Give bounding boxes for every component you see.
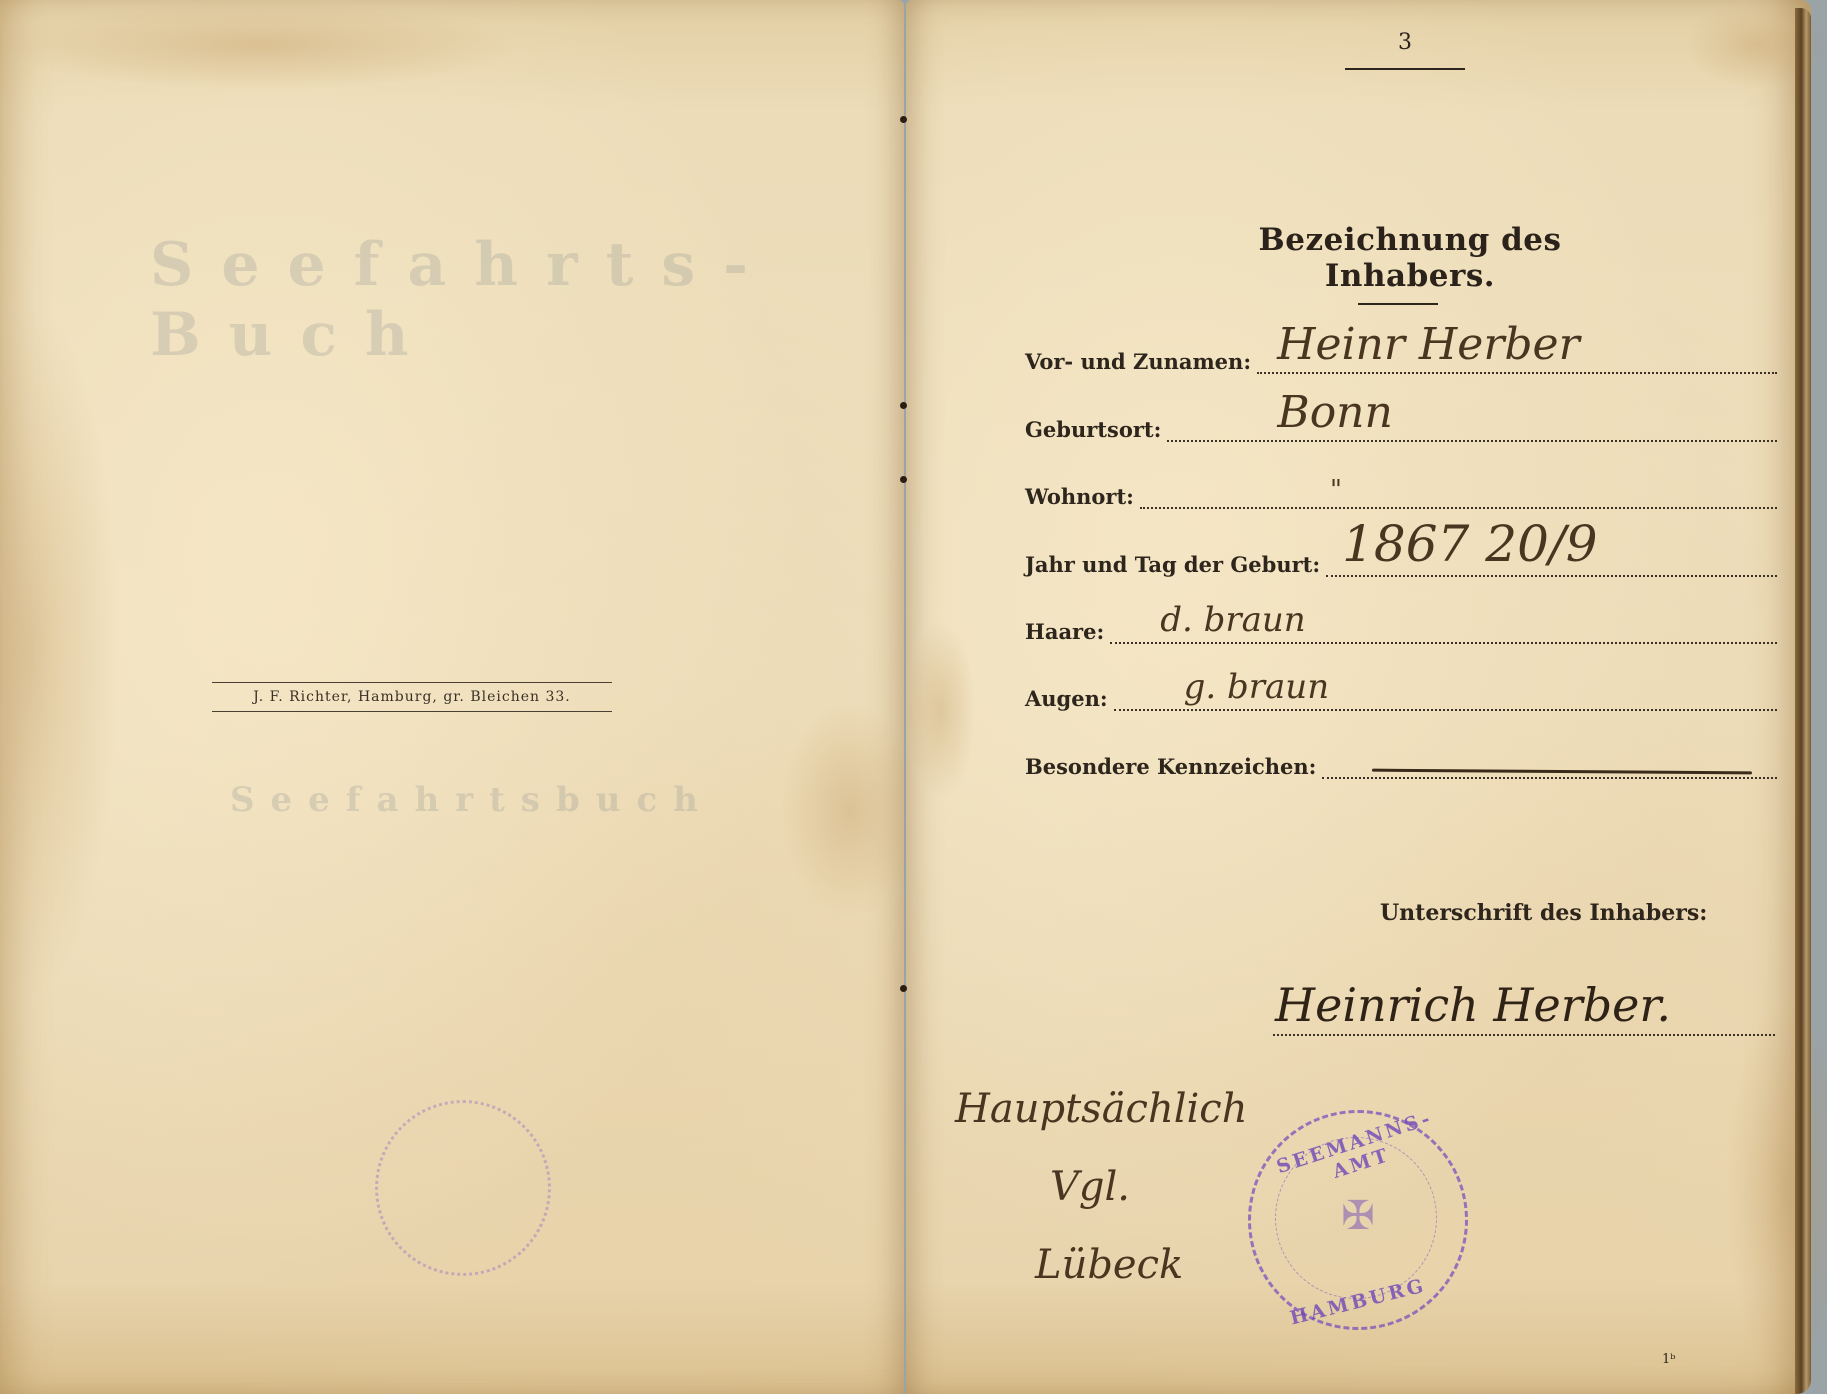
binding-stitch — [900, 402, 907, 409]
handwritten-value: d. braun — [1160, 600, 1305, 640]
field-label: Jahr und Tag der Geburt: — [1025, 552, 1326, 577]
field-value-line — [1322, 747, 1777, 779]
handwritten-value: Heinr Herber — [1277, 319, 1580, 370]
field-label: Wohnort: — [1025, 484, 1140, 509]
note-line: Lübeck — [955, 1226, 1275, 1304]
water-stain — [0, 0, 520, 90]
official-stamp: SEEMANNS-AMT ✠ HAMBURG — [1248, 1110, 1468, 1330]
handwritten-dash — [1372, 769, 1752, 775]
field-birthplace: Geburtsort: Bonn — [1025, 402, 1777, 442]
handwritten-value: " — [1330, 475, 1342, 505]
field-residence: Wohnort: " — [1025, 469, 1777, 509]
holder-signature: Heinrich Herber. — [1275, 978, 1671, 1032]
booklet-spread: Seefahrts-Buch Seefahrtsbuch J. F. Richt… — [0, 0, 1827, 1394]
handwritten-value: 1867 20/9 — [1342, 515, 1597, 573]
note-line: Vgl. — [955, 1148, 1275, 1226]
stamp-emblem-icon: ✠ — [1251, 1193, 1465, 1239]
binding-stitch — [900, 116, 907, 123]
field-label: Geburtsort: — [1025, 417, 1167, 442]
field-value-line: Heinr Herber — [1257, 342, 1777, 374]
field-value-line: g. braun — [1114, 679, 1777, 711]
field-name: Vor- und Zunamen: Heinr Herber — [1025, 334, 1777, 374]
printer-imprint: J. F. Richter, Hamburg, gr. Bleichen 33. — [212, 682, 612, 712]
field-distinguishing-marks: Besondere Kennzeichen: — [1025, 739, 1777, 779]
signature-line: Heinrich Herber. — [1273, 1000, 1775, 1036]
field-eyes: Augen: g. braun — [1025, 671, 1777, 711]
header-rule — [1345, 68, 1465, 70]
bleed-through-text: Seefahrts-Buch — [150, 230, 904, 370]
field-label: Vor- und Zunamen: — [1025, 349, 1257, 374]
field-value-line: d. braun — [1110, 612, 1777, 644]
page-edge — [1795, 8, 1811, 1394]
field-label: Augen: — [1025, 686, 1114, 711]
bleed-through-text: Seefahrtsbuch — [230, 780, 714, 820]
binding-stitch — [900, 476, 907, 483]
field-label: Besondere Kennzeichen: — [1025, 754, 1322, 779]
signature-mark: 1ᵇ — [1662, 1352, 1675, 1367]
field-hair: Haare: d. braun — [1025, 604, 1777, 644]
signature-label: Unterschrift des Inhabers: — [1380, 900, 1707, 926]
handwritten-value: g. braun — [1184, 667, 1329, 707]
binding-stitch — [900, 985, 907, 992]
water-stain — [0, 300, 120, 1000]
handwritten-note: Hauptsächlich Vgl. Lübeck — [955, 1070, 1275, 1304]
water-stain — [906, 620, 976, 800]
field-birth-date: Jahr und Tag der Geburt: 1867 20/9 — [1025, 537, 1777, 577]
field-value-line: " — [1140, 477, 1777, 509]
field-label: Haare: — [1025, 619, 1110, 644]
bleed-through-stamp — [375, 1100, 551, 1276]
title-rule — [1358, 303, 1438, 305]
handwritten-value: Bonn — [1277, 387, 1393, 438]
field-value-line: Bonn — [1167, 410, 1777, 442]
left-page: Seefahrts-Buch Seefahrtsbuch J. F. Richt… — [0, 0, 904, 1394]
water-stain — [780, 700, 920, 920]
note-line: Hauptsächlich — [955, 1070, 1275, 1148]
page-number: 3 — [1398, 30, 1412, 55]
field-value-line: 1867 20/9 — [1326, 545, 1777, 577]
page-title: Bezeichnung des Inhabers. — [1190, 222, 1630, 294]
water-stain — [1726, 1000, 1827, 1380]
